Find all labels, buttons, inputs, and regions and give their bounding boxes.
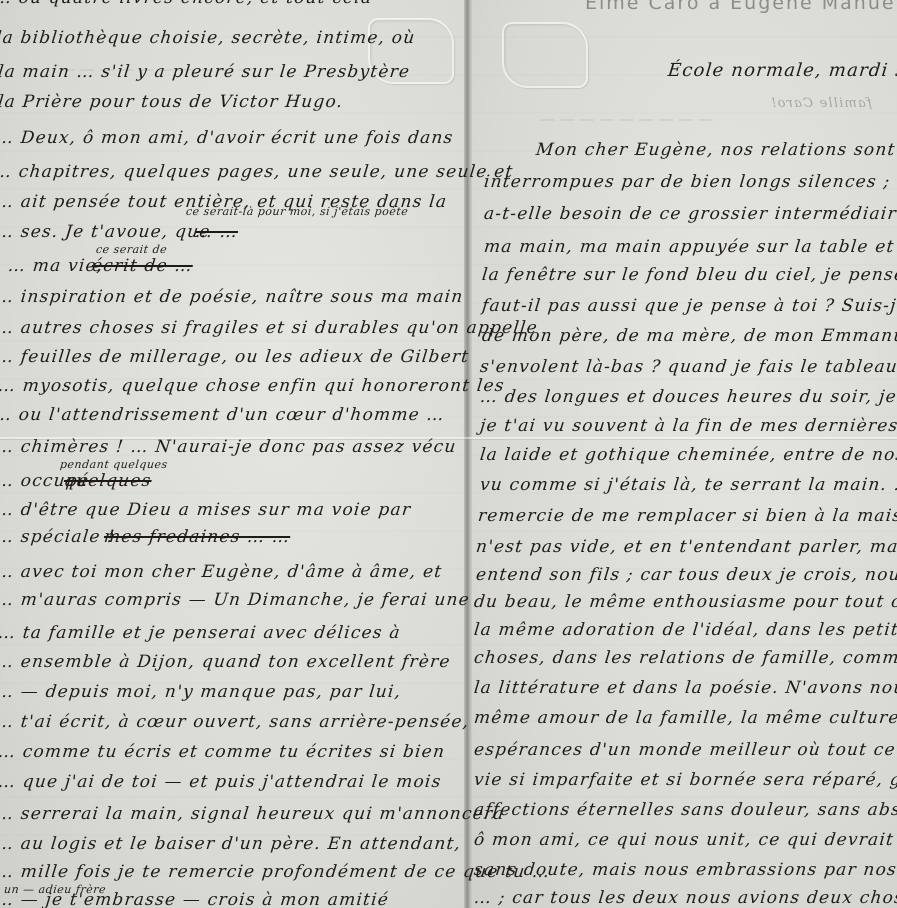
left-line: … feuilles de millerage, ou les adieux d…: [0, 347, 470, 367]
right-line: interrompues par de bien longs silences …: [483, 172, 897, 192]
right-line: a-t-elle besoin de ce grossier intermédi…: [483, 204, 897, 224]
interlinear-insertion: pendant quelques: [59, 458, 168, 471]
left-line: … autres choses si fragiles et si durabl…: [0, 318, 539, 338]
struck-text: écrit de …: [91, 256, 194, 276]
right-line: Mon cher Eugène, nos relations sont rare…: [535, 140, 897, 160]
right-line: vu comme si j'étais là, te serrant la ma…: [479, 475, 897, 495]
interlinear-insertion: ce serait-là pour moi, si j'étais poète: [185, 205, 409, 218]
left-line: … avec toi mon cher Eugène, d'âme à âme,…: [0, 562, 443, 582]
left-line: … inspiration et de poésie, naître sous …: [0, 287, 465, 307]
right-line: la laide et gothique cheminée, entre de …: [479, 445, 897, 465]
left-line: … d'être que Dieu a mises sur ma voie pa…: [0, 500, 412, 520]
left-line: … ou l'attendrissement d'un cœur d'homme…: [0, 405, 446, 425]
right-line: la littérature et dans la poésie. N'avon…: [473, 678, 897, 698]
left-line: … ta famille et je penserai avec délices…: [0, 623, 402, 643]
right-line: du beau, le même enthousiasme pour tout …: [473, 592, 897, 612]
left-line: … ensemble à Dijon, quand ton excellent …: [0, 652, 452, 672]
ink-bleed: — — — — — — — — —: [540, 110, 713, 128]
dateline: École normale, mardi soir 9: [667, 60, 897, 81]
right-line: faut-il pas aussi que je pense à toi ? S…: [481, 296, 897, 316]
left-line: la Prière pour tous de Victor Hugo.: [0, 92, 344, 112]
left-line: … — depuis moi, n'y manque pas, par lui,: [0, 682, 402, 702]
left-line: … myosotis, quelque chose enfin qui hono…: [0, 376, 506, 396]
archival-pencil-note: Elme Caro à Eugène Manuel: [585, 0, 897, 14]
right-line: de mon père, de ma mère, de mon Emmanuel…: [481, 326, 897, 346]
right-line: s'envolent là-bas ? quand je fais le tab…: [479, 357, 897, 377]
left-line: … m'auras compris — Un Dimanche, je fera…: [0, 590, 471, 610]
right-line: même amour de la famille, la même cultur…: [473, 708, 897, 728]
right-line: je t'ai vu souvent à la fin de mes derni…: [479, 416, 897, 436]
left-line: la bibliothèque choisie, secrète, intime…: [0, 28, 416, 48]
right-line: n'est pas vide, et en t'entendant parler…: [475, 537, 897, 557]
right-line: espérances d'un monde meilleur où tout c…: [473, 740, 897, 760]
left-line: … ses. Je t'avoue, que: [0, 222, 212, 242]
right-line: la fenêtre sur le fond bleu du ciel, je …: [481, 265, 897, 285]
right-line: sans doute, mais nous embrassions par no…: [473, 860, 897, 880]
right-line: entend son fils ; car tous deux je crois…: [475, 565, 897, 585]
left-line: … au logis et le baiser d'un père. En at…: [0, 834, 462, 854]
right-line: … ; car tous les deux nous avions deux c…: [473, 888, 897, 908]
left-line: la main … s'il y a pleuré sur le Presbyt…: [0, 62, 411, 82]
right-line: ô mon ami, ce qui nous unit, ce qui devr…: [473, 830, 897, 850]
struck-text: mes fredaines … …: [103, 527, 291, 547]
left-line: … spéciale !: [0, 527, 116, 547]
dateline-note: famille Caro!: [770, 96, 872, 111]
left-line: … serrerai la main, signal heureux qui m…: [0, 804, 506, 824]
right-line: la même adoration de l'idéal, dans les p…: [473, 620, 897, 640]
interlinear-insertion: ce serait de: [95, 243, 167, 256]
right-line: remercie de me remplacer si bien à la ma…: [477, 506, 897, 526]
embossed-stamp: [502, 22, 588, 88]
left-line: … ou quatre livres encore, et tout cela: [0, 0, 373, 8]
page-fold: [464, 0, 472, 908]
left-line: … Deux, ô mon ami, d'avoir écrit une foi…: [0, 128, 455, 148]
right-line: ma main, ma main appuyée sur la table et…: [483, 237, 897, 257]
struck-text: … …: [194, 222, 239, 242]
left-line: … que j'ai de toi — et puis j'attendrai …: [0, 772, 443, 792]
struck-text: quelques: [63, 471, 153, 491]
left-line: … — je t'embrasse — crois à mon amitié: [0, 890, 390, 908]
right-line: vie si imparfaite et si bornée sera répa…: [473, 770, 897, 790]
right-line: choses, dans les relations de famille, c…: [473, 648, 897, 668]
left-line: … chapitres, quelques pages, une seule, …: [0, 162, 514, 182]
letter-spread: — — — — — — — — — — — — — — — — — — — El…: [0, 0, 897, 908]
right-line: affections éternelles sans douleur, sans…: [473, 800, 897, 820]
left-line: … t'ai écrit, à cœur ouvert, sans arrièr…: [0, 712, 470, 732]
left-line: … comme tu écris et comme tu écrites si …: [0, 742, 446, 762]
left-line: … mille fois je te remercie profondément…: [0, 862, 551, 882]
right-line: … des longues et douces heures du soir, …: [479, 387, 897, 407]
left-line: … chimères ! … N'aurai-je donc pas assez…: [0, 437, 458, 457]
left-line: … ma vie,: [7, 256, 104, 276]
